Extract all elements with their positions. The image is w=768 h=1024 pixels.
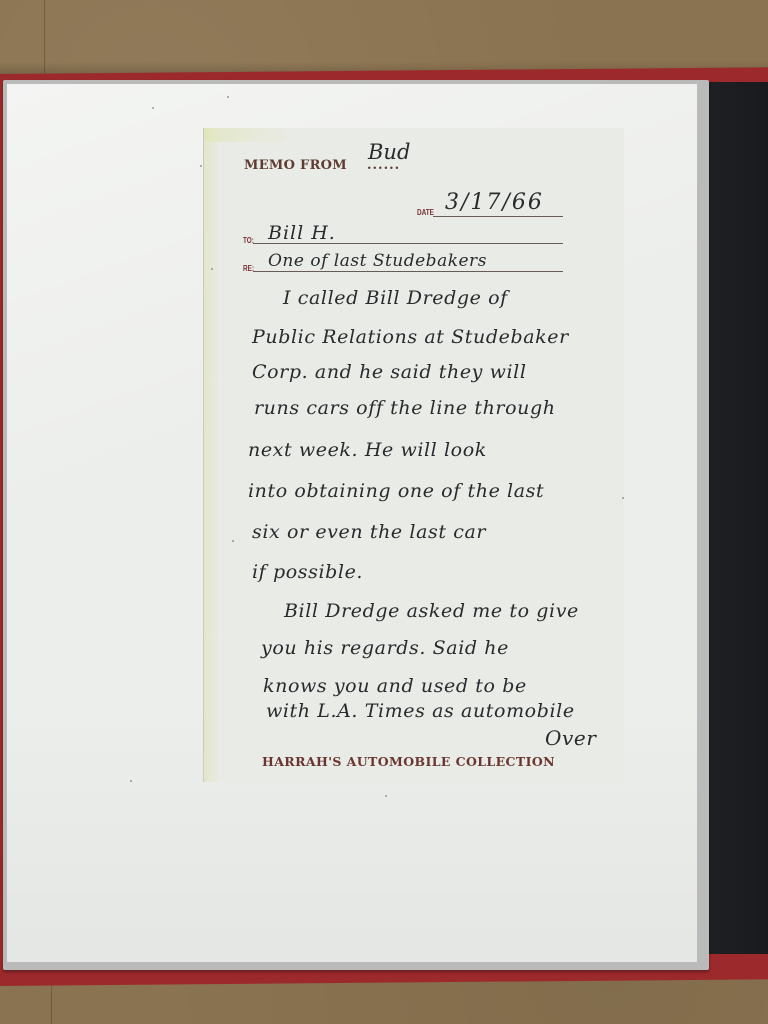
memo-body-line: with L.A. Times as automobile	[266, 700, 575, 722]
speck	[232, 540, 234, 542]
speck	[385, 795, 387, 797]
memo-body-line: Bill Dredge asked me to give	[284, 600, 579, 622]
continuation-note: Over	[545, 726, 597, 750]
memo-yellow-tint	[204, 128, 294, 142]
memo-yellow-tint	[204, 128, 220, 782]
memo-footer-letterhead: HARRAH'S AUTOMOBILE COLLECTION	[262, 754, 555, 769]
memo-body-line: I called Bill Dredge of	[283, 287, 508, 309]
speck	[130, 780, 132, 782]
memo-body-line: Public Relations at Studebaker	[252, 326, 569, 348]
memo-body-line: Corp. and he said they will	[252, 361, 527, 383]
date-line	[433, 216, 563, 217]
date-value: 3/17/66	[445, 190, 544, 215]
memo-body-line: if possible.	[252, 561, 363, 583]
speck	[622, 497, 624, 499]
memo-body-line: knows you and used to be	[263, 675, 527, 697]
memo-body-line: six or even the last car	[252, 521, 486, 543]
speck	[200, 165, 202, 167]
cardboard-seam	[51, 985, 52, 1024]
date-label: DATE	[417, 208, 434, 217]
memo-from-value: Bud	[368, 140, 410, 164]
memo-body-line: into obtaining one of the last	[248, 480, 544, 502]
speck	[227, 96, 229, 98]
memo-body-line: runs cars off the line through	[254, 397, 556, 419]
speck	[211, 268, 213, 270]
memo-body-line: you his regards. Said he	[261, 637, 509, 659]
to-value: Bill H.	[268, 222, 336, 244]
memo-body-line: next week. He will look	[248, 439, 487, 461]
memo-from-label: MEMO FROM	[244, 158, 347, 173]
speck	[152, 107, 154, 109]
re-value: One of last Studebakers	[268, 251, 487, 271]
re-line	[253, 271, 563, 272]
